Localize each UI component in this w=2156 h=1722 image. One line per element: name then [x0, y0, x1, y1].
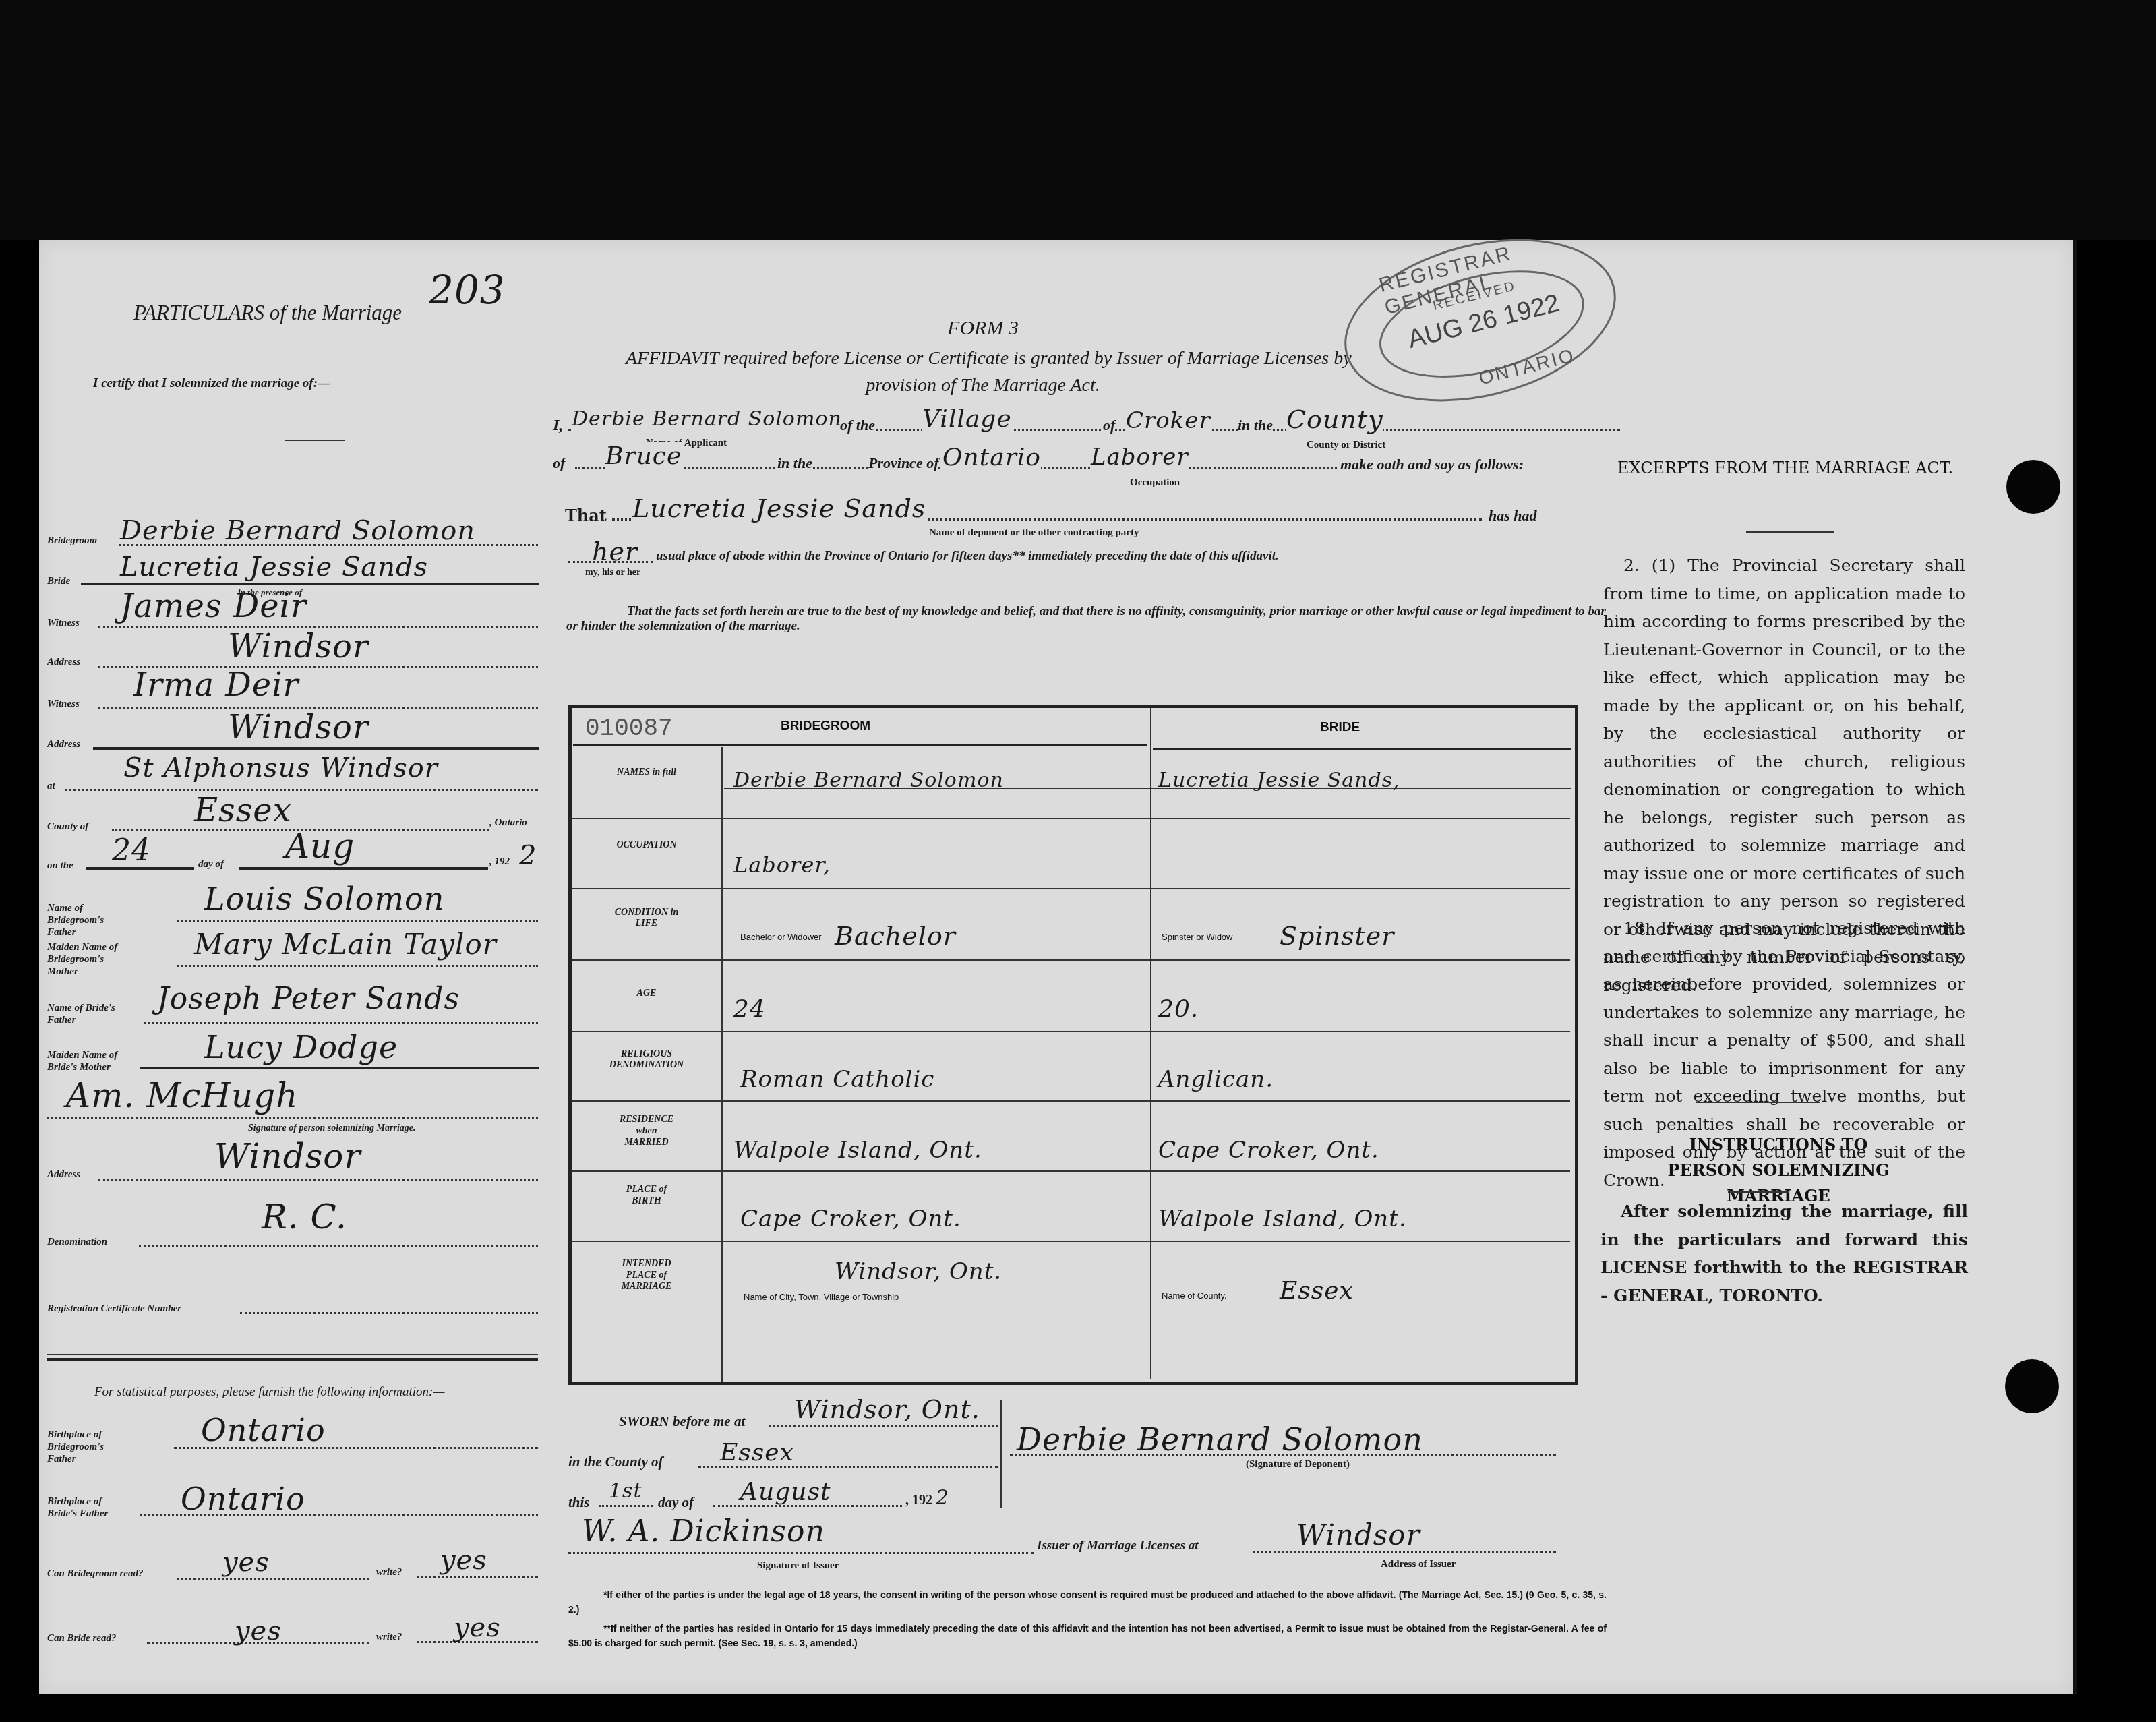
- sworn-month[interactable]: August: [740, 1478, 831, 1506]
- punch-hole-bottom: [2005, 1359, 2059, 1413]
- applicant-name[interactable]: Derbie Bernard Solomon: [572, 407, 846, 431]
- day-of-label: day of: [198, 859, 224, 870]
- issuer-signature-line: [568, 1552, 1034, 1554]
- marriage-day[interactable]: 24: [112, 833, 151, 868]
- scan-border-top: [0, 0, 2156, 240]
- groom-write-value[interactable]: yes: [440, 1545, 487, 1576]
- groom-father-line: [177, 920, 538, 922]
- form-title: FORM 3: [916, 317, 1050, 340]
- sworn-county[interactable]: Essex: [720, 1439, 794, 1466]
- instructions-text: After solemnizing the marriage, fill in …: [1600, 1197, 1968, 1309]
- col-header-groom: BRIDEGROOM: [781, 719, 870, 734]
- deponent-caption: (Signature of Deponent): [1246, 1459, 1350, 1471]
- groom-age[interactable]: 24: [733, 995, 766, 1023]
- row-label-condition: CONDITION in LIFE: [609, 908, 684, 929]
- bride-intended-county[interactable]: Essex: [1280, 1277, 1354, 1305]
- row-rule-2: [571, 888, 1570, 889]
- groom-father-birthplace[interactable]: Ontario: [201, 1412, 326, 1448]
- party-name[interactable]: Lucretia Jessie Sands: [632, 494, 926, 523]
- row-label-age: AGE: [575, 988, 718, 999]
- instructions-rule-top: [1696, 1102, 1820, 1103]
- groom-religion[interactable]: Roman Catholic: [740, 1066, 934, 1093]
- bride-father-birthplace-label: Birthplace of Bride's Father: [47, 1495, 128, 1520]
- officiant-signature[interactable]: Am. McHugh: [66, 1076, 299, 1115]
- sworn-bracket: [1000, 1400, 1002, 1508]
- of-label: of: [1103, 417, 1115, 434]
- row-label-residence: RESIDENCE when MARRIED: [619, 1114, 674, 1148]
- address1-value[interactable]: Windsor: [228, 628, 369, 665]
- county-value[interactable]: Essex: [194, 792, 292, 829]
- deponent-signature[interactable]: Derbie Bernard Solomon: [1017, 1421, 1423, 1458]
- witness2-value[interactable]: Irma Deir: [133, 666, 299, 704]
- groom-read-line: [177, 1578, 369, 1580]
- applicant-prefix: I,: [553, 417, 563, 435]
- denomination-line: [139, 1245, 538, 1247]
- bride-mother-line: [140, 1067, 539, 1069]
- party-caption: Name of deponent or the other contractin…: [929, 527, 1139, 539]
- bride-religion[interactable]: Anglican.: [1158, 1066, 1274, 1093]
- at-label: at: [47, 781, 55, 792]
- groom-intended-place[interactable]: Windsor, Ont.: [835, 1258, 1002, 1285]
- issuer-caption: Signature of Issuer: [757, 1560, 839, 1572]
- bride-mother-value[interactable]: Lucy Dodge: [204, 1029, 398, 1065]
- province-label: Province of: [868, 454, 938, 472]
- groom-read-value[interactable]: yes: [222, 1547, 270, 1578]
- groom-residence[interactable]: Walpole Island, Ont.: [733, 1137, 982, 1164]
- row-label-names: NAMES in full: [575, 767, 718, 778]
- bride-father-label: Name of Bride's Father: [47, 1002, 128, 1026]
- bride-names[interactable]: Lucretia Jessie Sands,: [1158, 769, 1400, 792]
- registration-label: Registration Certificate Number: [47, 1303, 181, 1315]
- officiant-signature-caption: Signature of person solemnizing Marriage…: [248, 1123, 416, 1134]
- issuer-at-label: Issuer of Marriage Licenses at: [1037, 1539, 1199, 1553]
- issuer-address[interactable]: Windsor: [1296, 1518, 1420, 1551]
- groom-write-line: [417, 1576, 538, 1578]
- month-line: [239, 867, 488, 870]
- officiant-address-line: [98, 1179, 538, 1181]
- title-rule: [285, 440, 345, 441]
- officiant-address-label: Address: [47, 1169, 80, 1181]
- bride-read-label: Can Bride read?: [47, 1633, 117, 1644]
- place-type[interactable]: Village: [922, 405, 1012, 433]
- issuer-address-caption: Address of Issuer: [1381, 1559, 1456, 1570]
- sworn-day[interactable]: 1st: [609, 1479, 642, 1503]
- address1-label: Address: [47, 657, 80, 668]
- row-label-intended-place: INTENDED PLACE of MARRIAGE: [616, 1258, 678, 1293]
- bride-father-line: [144, 1022, 538, 1024]
- county-label: County of: [47, 821, 88, 833]
- sworn-place[interactable]: Windsor, Ont.: [794, 1394, 980, 1424]
- table-header-rule-groom: [573, 744, 1147, 746]
- row-rule-1: [571, 818, 1570, 819]
- province-value[interactable]: Ontario: [942, 444, 1041, 471]
- bridegroom-value[interactable]: Derbie Bernard Solomon: [120, 515, 475, 546]
- sworn-place-line: [769, 1425, 998, 1427]
- marriage-month[interactable]: Aug: [285, 827, 355, 866]
- bride-birthplace[interactable]: Walpole Island, Ont.: [1158, 1206, 1407, 1233]
- in-the-label-2: in the: [777, 454, 812, 472]
- intended-place-caption: Name of City, Town, Village or Township: [744, 1292, 899, 1302]
- has-had-label: has had: [1489, 507, 1537, 525]
- occupation-caption: Occupation: [1130, 477, 1180, 489]
- affidavit-heading: AFFIDAVIT required before License or Cer…: [626, 348, 1352, 369]
- sworn-day-line: [599, 1505, 653, 1507]
- bride-father-value[interactable]: Joseph Peter Sands: [157, 982, 460, 1016]
- groom-write-label: write?: [376, 1567, 402, 1578]
- bride-residence[interactable]: Cape Croker, Ont.: [1158, 1137, 1379, 1164]
- marriage-record-page: 203 PARTICULARS of the Marriage I certif…: [39, 240, 2073, 1694]
- denomination-value[interactable]: R. C.: [262, 1197, 347, 1237]
- row-label-occupation: OCCUPATION: [575, 840, 718, 851]
- county-suffix: , Ontario: [489, 817, 527, 829]
- bride-line: [81, 583, 539, 585]
- sworn-county-label: in the County of: [568, 1454, 663, 1471]
- certify-text: I certify that I solemnized the marriage…: [93, 376, 330, 391]
- bride-condition-caption: Spinster or Widow: [1162, 932, 1232, 942]
- abode-text: usual place of abode within the Province…: [656, 549, 1279, 564]
- groom-names[interactable]: Derbie Bernard Solomon: [733, 769, 1004, 792]
- registrar-received-stamp: REGISTRAR GENERAL RECEIVED AUG 26 1922 O…: [1327, 213, 1633, 428]
- bride-write-value[interactable]: yes: [454, 1612, 501, 1643]
- serial-number: 010087: [585, 715, 673, 742]
- footnote-2: **If neither of the parties has resided …: [568, 1621, 1607, 1651]
- table-header-rule-bride: [1153, 748, 1571, 750]
- address2-label: Address: [47, 739, 80, 750]
- groom-birthplace[interactable]: Cape Croker, Ont.: [740, 1206, 961, 1233]
- bride-read-value[interactable]: yes: [235, 1615, 282, 1646]
- bride-age[interactable]: 20.: [1158, 995, 1199, 1023]
- groom-condition[interactable]: Bachelor: [835, 921, 956, 951]
- punch-hole-top: [2006, 460, 2060, 514]
- groom-father-birthplace-label: Birthplace of Bridegroom's Father: [47, 1429, 135, 1465]
- groom-father-label: Name of Bridegroom's Father: [47, 902, 128, 939]
- at-line: [65, 789, 538, 791]
- bride-write-label: write?: [376, 1632, 402, 1643]
- witness1-value[interactable]: James Deir: [120, 587, 307, 625]
- witness2-label: Witness: [47, 699, 80, 710]
- marriage-year-suffix[interactable]: 2: [519, 840, 537, 871]
- address2-value[interactable]: Windsor: [228, 709, 369, 746]
- this-label: this: [568, 1494, 590, 1511]
- row-rule-4: [571, 1031, 1570, 1032]
- row-rule-6: [571, 1170, 1570, 1172]
- groom-mother-value[interactable]: Mary McLain Taylor: [194, 928, 497, 961]
- row-rule-5: [571, 1100, 1570, 1102]
- make-oath-text: make oath and say as follows:: [1340, 456, 1524, 473]
- sworn-year-suffix[interactable]: 2: [936, 1486, 949, 1510]
- county-name[interactable]: Bruce: [605, 442, 682, 470]
- groom-mother-label: Maiden Name of Bridegroom's Mother: [47, 941, 135, 978]
- sworn-day-of-label: day of: [658, 1494, 694, 1511]
- on-the-label: on the: [47, 860, 73, 872]
- groom-mother-line: [177, 965, 538, 967]
- paper-right-edge: [2073, 240, 2077, 1694]
- of-the-label: of the: [840, 417, 875, 434]
- section-rule-1: [47, 1354, 538, 1355]
- in-the-label-1: in the: [1238, 417, 1273, 434]
- county-name-caption: Name of County.: [1162, 1290, 1227, 1301]
- bride-father-birthplace[interactable]: Ontario: [181, 1481, 305, 1517]
- section-rule-2: [47, 1358, 538, 1361]
- table-col-divider: [1150, 708, 1151, 1379]
- particulars-table: [568, 705, 1578, 1385]
- footnote-1: *If either of the parties is under the l…: [568, 1587, 1607, 1617]
- facts-paragraph: That the facts set forth herein are true…: [566, 604, 1611, 634]
- officiant-signature-line: [47, 1117, 538, 1119]
- excerpts-title: EXCERPTS FROM THE MARRIAGE ACT.: [1596, 454, 1974, 481]
- that-label: That: [565, 506, 607, 525]
- pronoun-value[interactable]: her: [592, 537, 638, 566]
- affidavit-heading-2: provision of The Marriage Act.: [781, 375, 1185, 396]
- groom-read-label: Can Bridegroom read?: [47, 1568, 144, 1580]
- address2-line: [93, 747, 539, 750]
- bride-condition[interactable]: Spinster: [1280, 921, 1394, 951]
- witness1-label: Witness: [47, 618, 80, 629]
- row-label-religion: RELIGIOUS DENOMINATION: [589, 1049, 705, 1071]
- excerpts-rule: [1746, 531, 1834, 533]
- denomination-label: Denomination: [47, 1237, 107, 1248]
- sworn-label: SWORN before me at: [619, 1413, 745, 1430]
- of-county-prefix: of: [553, 454, 565, 472]
- statistics-intro: For statistical purposes, please furnish…: [47, 1376, 538, 1408]
- page-number: 203: [429, 267, 506, 313]
- row-label-birthplace: PLACE of BIRTH: [619, 1184, 674, 1207]
- bride-mother-label: Maiden Name of Bride's Mother: [47, 1049, 142, 1073]
- groom-occupation[interactable]: Laborer,: [733, 852, 831, 878]
- issuer-signature[interactable]: W. A. Dickinson: [582, 1514, 825, 1549]
- bride-value[interactable]: Lucretia Jessie Sands: [120, 552, 428, 583]
- sworn-year-prefix: , 192: [905, 1493, 932, 1508]
- instructions-rule-bottom: [1728, 1191, 1789, 1193]
- pronoun-caption: my, his or her: [585, 568, 640, 578]
- groom-father-value[interactable]: Louis Solomon: [204, 881, 444, 917]
- at-value[interactable]: St Alphonsus Windsor: [123, 752, 438, 783]
- row-rule-7: [571, 1241, 1570, 1242]
- particulars-title: PARTICULARS of the Marriage: [133, 301, 402, 325]
- row-rule-3: [571, 959, 1570, 961]
- officiant-address[interactable]: Windsor: [214, 1137, 361, 1176]
- groom-condition-caption: Bachelor or Widower: [740, 932, 822, 942]
- county-caption: County or District: [1307, 440, 1385, 451]
- year-prefix: , 192: [489, 856, 510, 868]
- county-type[interactable]: County: [1286, 405, 1383, 434]
- col-header-bride: BRIDE: [1320, 720, 1360, 735]
- place-name[interactable]: Croker: [1126, 407, 1211, 434]
- bride-label: Bride: [47, 576, 70, 587]
- registration-line: [240, 1312, 538, 1314]
- table-label-divider: [721, 747, 723, 1382]
- occupation-value[interactable]: Laborer: [1091, 444, 1189, 471]
- bridegroom-label: Bridegroom: [47, 535, 97, 547]
